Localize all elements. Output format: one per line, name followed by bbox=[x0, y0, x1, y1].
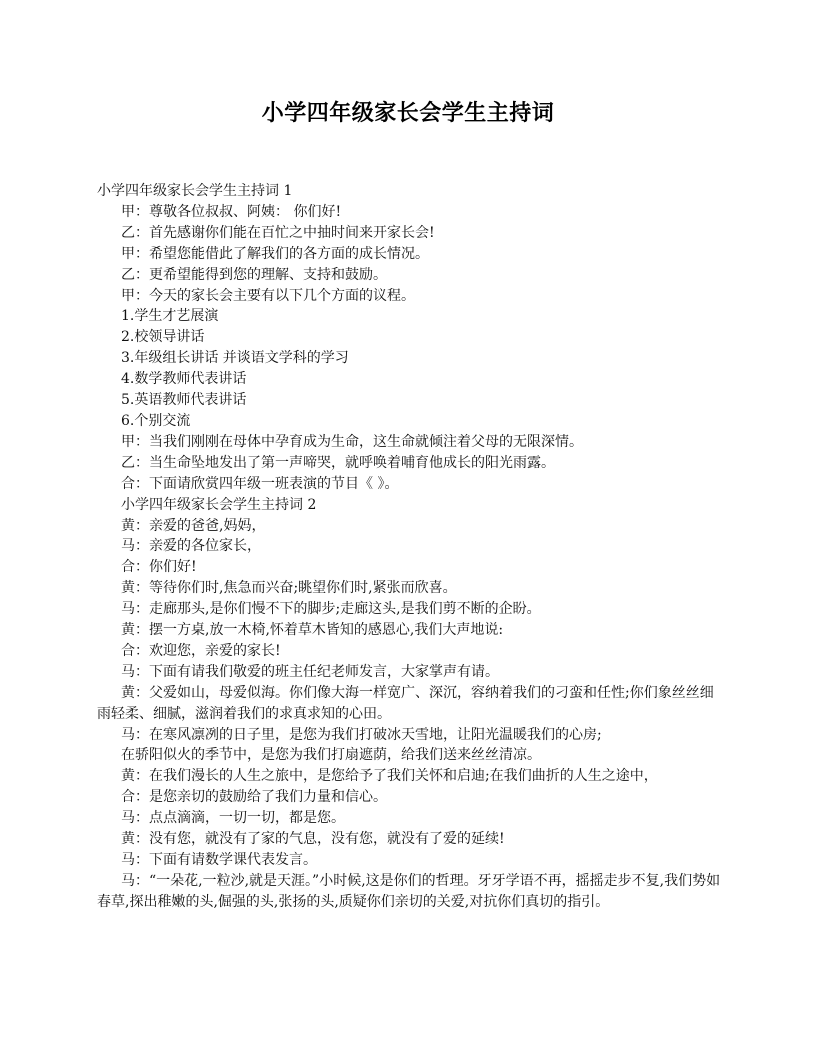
dialogue-line: 在骄阳似火的季节中，是您为我们打扇遮荫，给我们送来丝丝清凉。 bbox=[97, 745, 721, 766]
dialogue-line: 甲：今天的家长会主要有以下几个方面的议程。 bbox=[97, 286, 721, 307]
agenda-item: 1.学生才艺展演 bbox=[97, 306, 721, 327]
dialogue-line: 马：走廊那头,是你们慢不下的脚步;走廊这头,是我们剪不断的企盼。 bbox=[97, 599, 721, 620]
dialogue-line: 马：在寒风凛冽的日子里，是您为我们打破冰天雪地，让阳光温暖我们的心房; bbox=[97, 725, 721, 746]
dialogue-line: 乙：更希望能得到您的理解、支持和鼓励。 bbox=[97, 265, 721, 286]
document-body: 小学四年级家长会学生主持词 1 甲：尊敬各位叔叔、阿姨： 你们好! 乙：首先感谢… bbox=[97, 181, 721, 913]
dialogue-line: 甲：尊敬各位叔叔、阿姨： 你们好! bbox=[97, 202, 721, 223]
dialogue-line: 马：“一朵花,一粒沙,就是天涯。”小时候,这是你们的哲理。牙牙学语不再，摇摇走步… bbox=[97, 871, 721, 913]
dialogue-line: 黄：在我们漫长的人生之旅中，是您给予了我们关怀和启迪;在我们曲折的人生之途中， bbox=[97, 766, 721, 787]
dialogue-line: 马：下面有请我们敬爱的班主任纪老师发言，大家掌声有请。 bbox=[97, 662, 721, 683]
dialogue-line: 甲：当我们刚刚在母体中孕育成为生命，这生命就倾注着父母的无限深情。 bbox=[97, 432, 721, 453]
dialogue-line: 合：欢迎您，亲爱的家长! bbox=[97, 641, 721, 662]
section-heading-2: 小学四年级家长会学生主持词 2 bbox=[97, 495, 721, 516]
agenda-item: 4.数学教师代表讲话 bbox=[97, 369, 721, 390]
dialogue-line: 合：下面请欣赏四年级一班表演的节目《 》。 bbox=[97, 474, 721, 495]
dialogue-line: 黄：等待你们时,焦急而兴奋;眺望你们时,紧张而欣喜。 bbox=[97, 578, 721, 599]
section-heading-1: 小学四年级家长会学生主持词 1 bbox=[97, 181, 721, 202]
dialogue-line: 合：你们好! bbox=[97, 557, 721, 578]
agenda-item: 3.年级组长讲话 并谈语文学科的学习 bbox=[97, 348, 721, 369]
dialogue-line: 甲：希望您能借此了解我们的各方面的成长情况。 bbox=[97, 244, 721, 265]
dialogue-line: 马：点点滴滴，一切一切，都是您。 bbox=[97, 808, 721, 829]
dialogue-line: 黄：父爱如山，母爱似海。你们像大海一样宽广、深沉，容纳着我们的刁蛮和任性;你们象… bbox=[97, 683, 721, 725]
dialogue-line: 黄：亲爱的爸爸,妈妈， bbox=[97, 516, 721, 537]
agenda-item: 5.英语教师代表讲话 bbox=[97, 390, 721, 411]
dialogue-line: 乙：当生命坠地发出了第一声啼哭，就呼唤着哺育他成长的阳光雨露。 bbox=[97, 453, 721, 474]
dialogue-line: 乙：首先感谢你们能在百忙之中抽时间来开家长会! bbox=[97, 223, 721, 244]
page-title: 小学四年级家长会学生主持词 bbox=[0, 96, 816, 127]
dialogue-line: 马：亲爱的各位家长， bbox=[97, 536, 721, 557]
dialogue-line: 黄：摆一方桌,放一木椅,怀着草木皆知的感恩心,我们大声地说: bbox=[97, 620, 721, 641]
agenda-item: 2.校领导讲话 bbox=[97, 327, 721, 348]
dialogue-line: 合：是您亲切的鼓励给了我们力量和信心。 bbox=[97, 787, 721, 808]
agenda-item: 6.个别交流 bbox=[97, 411, 721, 432]
dialogue-line: 黄：没有您，就没有了家的气息，没有您，就没有了爱的延续! bbox=[97, 829, 721, 850]
dialogue-line: 马：下面有请数学课代表发言。 bbox=[97, 850, 721, 871]
